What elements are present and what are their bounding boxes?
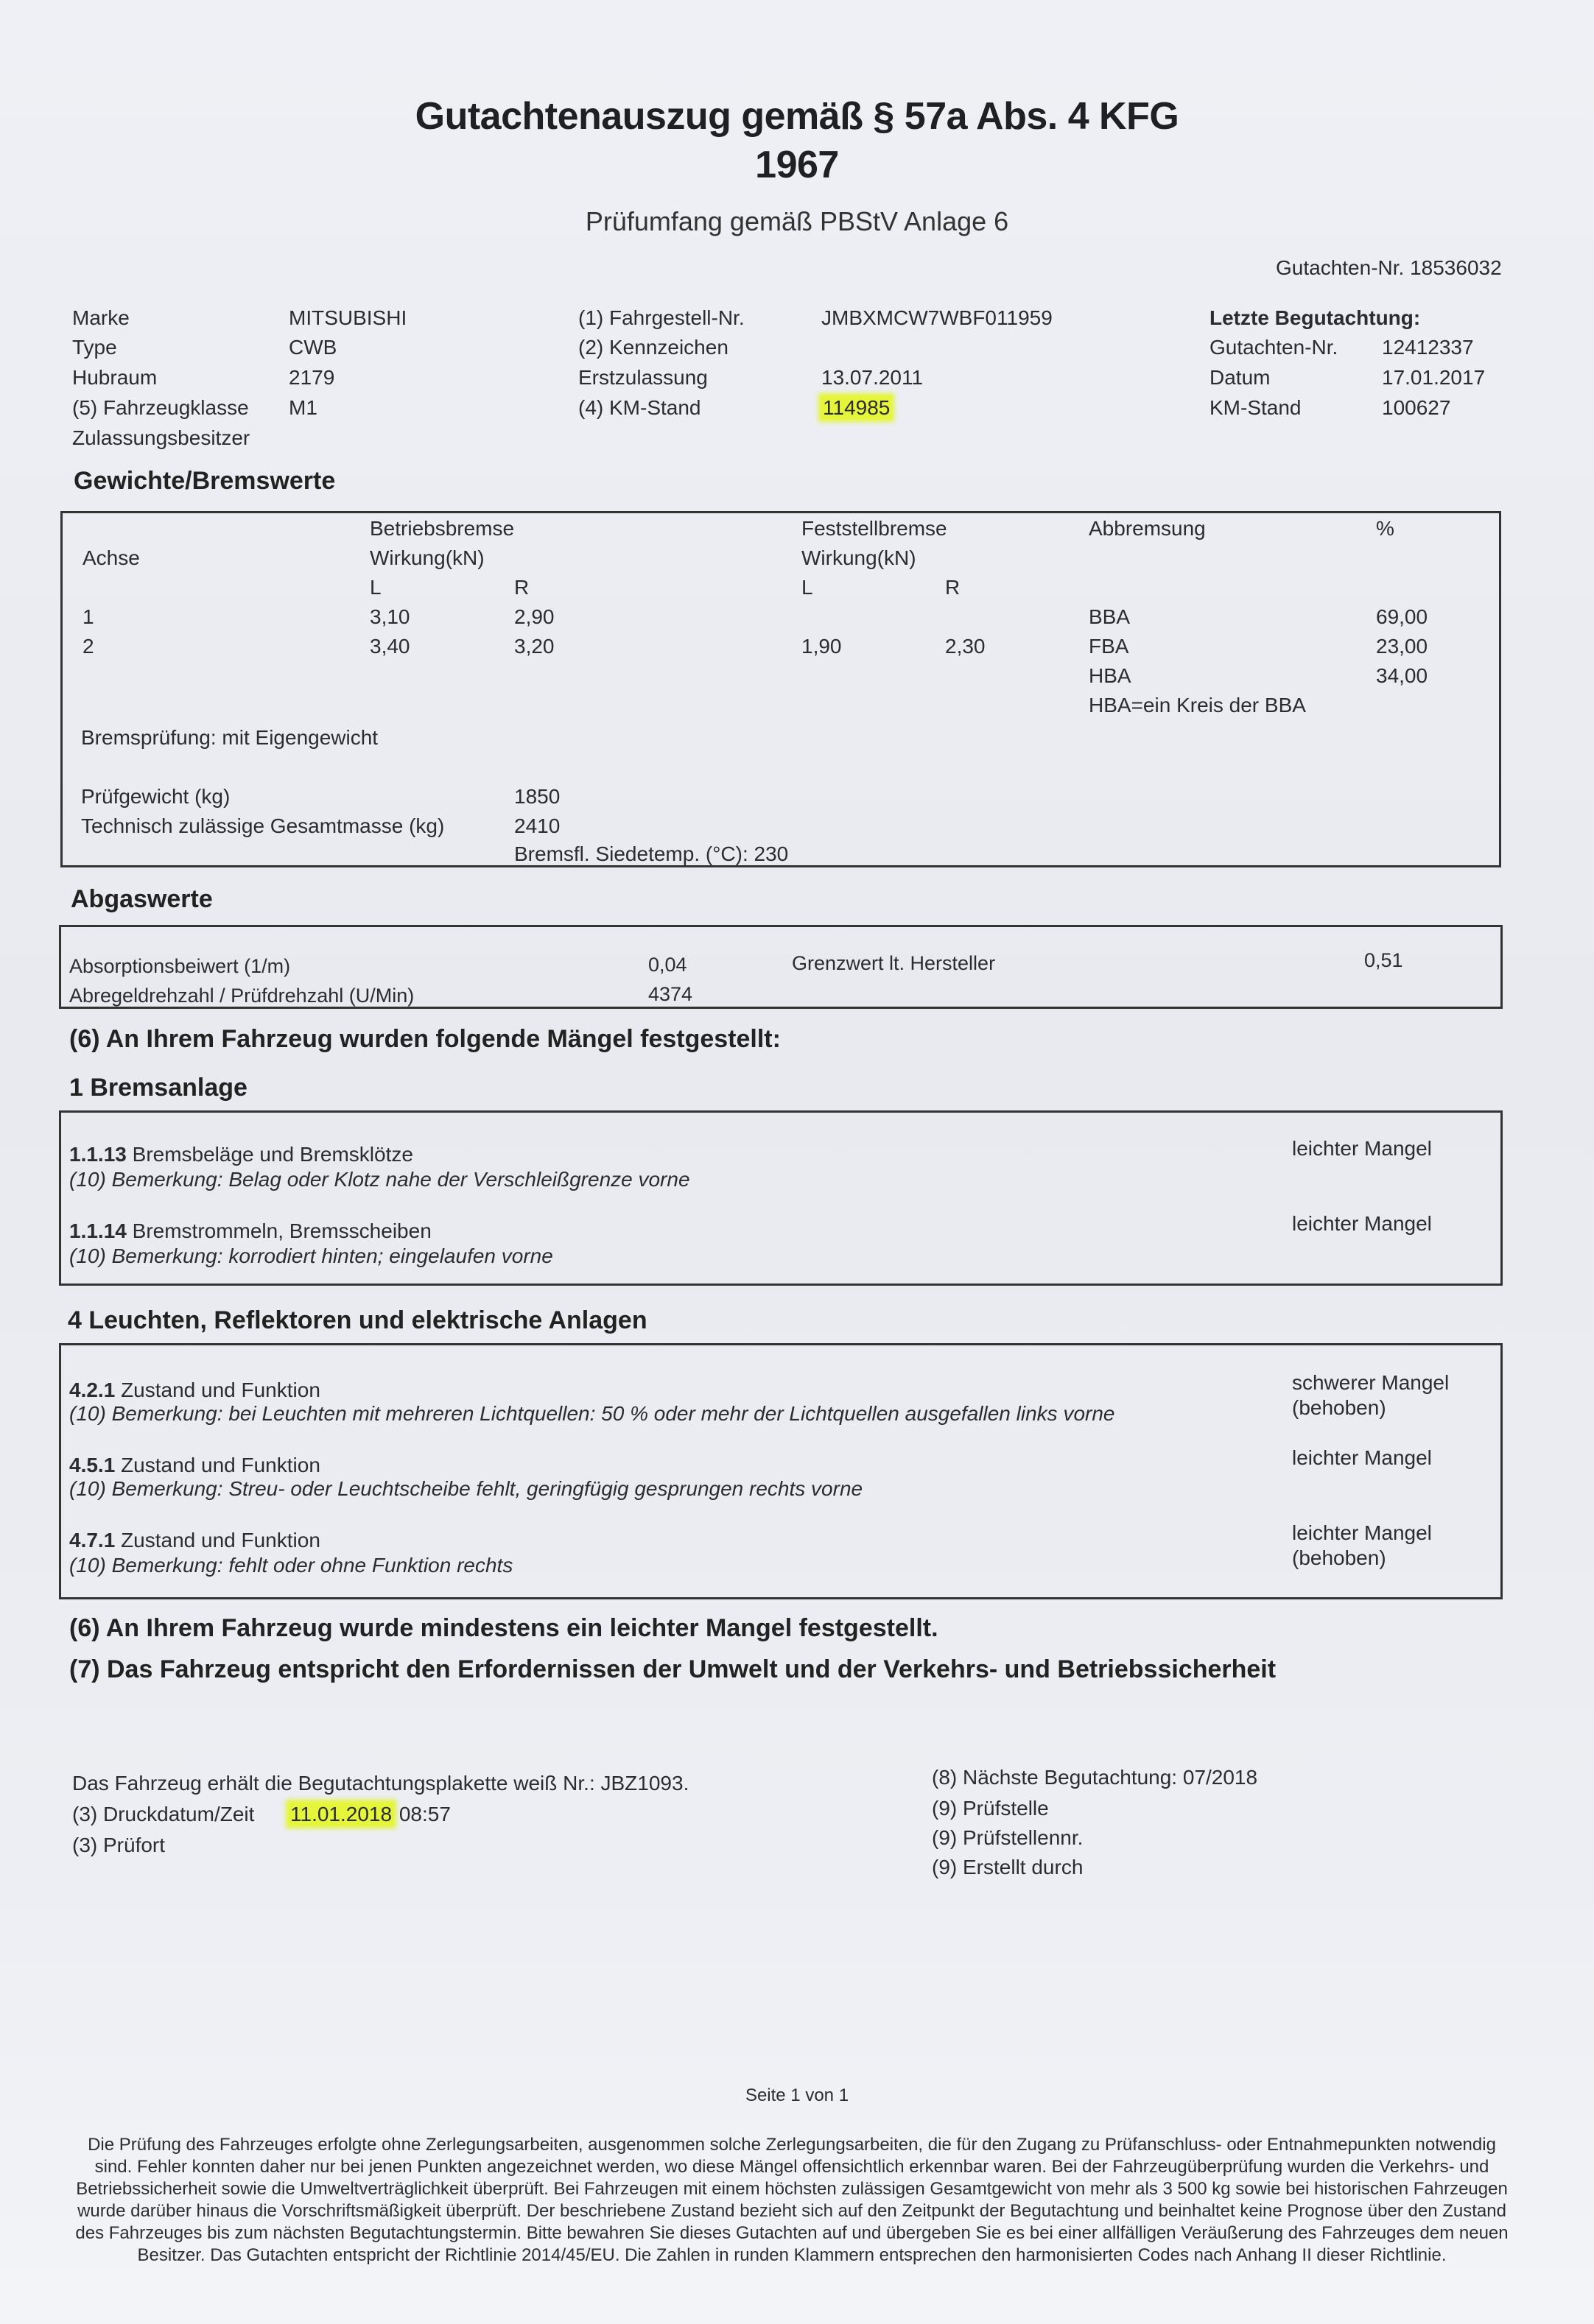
value-grenzwert: 0,51 [1364, 947, 1403, 973]
label-kennzeichen: (2) Kennzeichen [578, 333, 728, 362]
value-fahrzeugklasse: M1 [289, 393, 317, 423]
label-grenzwert: Grenzwert lt. Hersteller [792, 950, 995, 976]
value-hubraum: 2179 [289, 363, 334, 392]
defect-item-5-status: (behoben) [1292, 1543, 1386, 1573]
value-drehzahl: 4374 [648, 981, 692, 1007]
axle-row-1-achse: 1 [82, 602, 94, 632]
defect-item-4-remark: (10) Bemerkung: Streu- oder Leuchtscheib… [69, 1474, 863, 1504]
value-last-km: 100627 [1382, 393, 1450, 423]
label-absorption: Absorptionsbeiwert (1/m) [69, 953, 290, 979]
page-number: Seite 1 von 1 [0, 2085, 1594, 2106]
result-line-7: (7) Das Fahrzeug entspricht den Erforder… [69, 1655, 1276, 1684]
label-km-stand: (4) KM-Stand [578, 393, 701, 423]
label-type: Type [72, 333, 117, 362]
col-fb-wirkung: Wirkung(kN) [801, 543, 916, 573]
naechste-begutachtung: (8) Nächste Begutachtung: 07/2018 [932, 1763, 1257, 1792]
value-fahrgestell: JMBXMCW7WBF011959 [821, 303, 1053, 333]
value-type: CWB [289, 333, 337, 362]
disclaimer: Die Prüfung des Fahrzeuges erfolgte ohne… [70, 2134, 1514, 2267]
label-pruefstellennr: (9) Prüfstellennr. [932, 1823, 1083, 1853]
defect-item-5-code: 4.7.1 [69, 1529, 115, 1552]
label-erstellt-durch: (9) Erstellt durch [932, 1853, 1083, 1882]
defect-group-2-title: 4 Leuchten, Reflektoren und elektrische … [68, 1306, 647, 1335]
axle-row-2-fb-l: 1,90 [801, 632, 842, 661]
document-page: Gutachtenauszug gemäß § 57a Abs. 4 KFG 1… [0, 0, 1594, 2324]
axle-row-2-bb-l: 3,40 [370, 632, 410, 661]
label-druckdatum: (3) Druckdatum/Zeit [72, 1800, 254, 1829]
brakes-heading: Gewichte/Bremswerte [74, 467, 335, 496]
label-fahrgestell: (1) Fahrgestell-Nr. [578, 303, 745, 333]
defect-item-1-severity: leichter Mangel [1292, 1134, 1432, 1163]
highlighted-druckdatum: 11.01.2018 [289, 1803, 393, 1825]
defect-item-2-remark: (10) Bemerkung: korrodiert hinten; einge… [69, 1242, 553, 1271]
result-line-6: (6) An Ihrem Fahrzeug wurde mindestens e… [69, 1614, 938, 1643]
document-title-year: 1967 [0, 143, 1594, 187]
axle-row-2-bb-r: 3,20 [514, 632, 555, 661]
abbremsung-bba-value: 69,00 [1376, 602, 1428, 632]
col-betriebsbremse: Betriebsbremse [370, 514, 514, 543]
last-inspection-heading: Letzte Begutachtung: [1209, 303, 1420, 333]
value-last-datum: 17.01.2017 [1382, 363, 1485, 392]
label-last-datum: Datum [1209, 363, 1270, 392]
defect-item-1-code: 1.1.13 [69, 1143, 127, 1166]
axle-row-1-bb-r: 2,90 [514, 602, 555, 632]
label-fahrzeugklasse: (5) Fahrzeugklasse [72, 393, 249, 423]
label-hubraum: Hubraum [72, 363, 157, 392]
abbremsung-fba-value: 23,00 [1376, 632, 1428, 661]
label-marke: Marke [72, 303, 130, 333]
defect-item-1-name: Bremsbeläge und Bremsklötze [133, 1143, 413, 1166]
axle-row-1-bb-l: 3,10 [370, 602, 410, 632]
label-last-nr: Gutachten-Nr. [1209, 333, 1338, 362]
exhaust-heading: Abgaswerte [71, 885, 213, 914]
defect-item-2-severity: leichter Mangel [1292, 1209, 1432, 1239]
label-last-km: KM-Stand [1209, 393, 1302, 423]
defect-item-2-name: Bremstrommeln, Bremsscheiben [133, 1219, 432, 1242]
abbremsung-bba-label: BBA [1089, 602, 1130, 632]
value-pruefgewicht: 1850 [514, 782, 560, 811]
value-erstzulassung: 13.07.2011 [821, 363, 923, 392]
defect-item-3-code: 4.2.1 [69, 1378, 115, 1401]
col-percent: % [1376, 514, 1394, 543]
defect-item-4-code: 4.5.1 [69, 1454, 115, 1476]
col-abbremsung: Abbremsung [1089, 514, 1206, 543]
defect-item-3-name: Zustand und Funktion [121, 1378, 320, 1401]
druck-time: 08:57 [399, 1803, 451, 1825]
value-absorption: 0,04 [648, 951, 687, 978]
defect-item-1-remark: (10) Bemerkung: Belag oder Klotz nahe de… [69, 1165, 690, 1194]
col-achse: Achse [82, 543, 140, 573]
bremspruefung: Bremsprüfung: mit Eigengewicht [81, 723, 378, 753]
siedetemperatur: Bremsfl. Siedetemp. (°C): 230 [514, 839, 788, 869]
document-title: Gutachtenauszug gemäß § 57a Abs. 4 KFG [0, 94, 1594, 138]
defect-group-1-title: 1 Bremsanlage [69, 1074, 247, 1102]
defect-item-2-code: 1.1.14 [69, 1219, 127, 1242]
defect-item-5-name: Zustand und Funktion [121, 1529, 320, 1552]
value-marke: MITSUBISHI [289, 303, 407, 333]
value-gesamtmasse: 2410 [514, 811, 560, 841]
label-gesamtmasse: Technisch zulässige Gesamtmasse (kg) [81, 811, 444, 841]
col-fb-l: L [801, 573, 813, 602]
label-pruefstelle: (9) Prüfstelle [932, 1794, 1049, 1823]
document-subtitle: Prüfumfang gemäß PBStV Anlage 6 [0, 206, 1594, 237]
col-feststellbremse: Feststellbremse [801, 514, 947, 543]
defect-item-5-remark: (10) Bemerkung: fehlt oder ohne Funktion… [69, 1551, 513, 1580]
label-erstzulassung: Erstzulassung [578, 363, 708, 392]
col-bb-l: L [370, 573, 382, 602]
defect-item-3-remark: (10) Bemerkung: bei Leuchten mit mehrere… [69, 1399, 1114, 1429]
defect-item-3-status: (behoben) [1292, 1393, 1386, 1423]
gutachten-number-label: Gutachten-Nr. [1276, 256, 1404, 279]
hba-note: HBA=ein Kreis der BBA [1089, 691, 1306, 720]
defects-heading: (6) An Ihrem Fahrzeug wurden folgende Mä… [69, 1025, 781, 1054]
axle-row-2-achse: 2 [82, 632, 94, 661]
label-drehzahl: Abregeldrehzahl / Prüfdrehzahl (U/Min) [69, 982, 414, 1009]
label-zulassungsbesitzer: Zulassungsbesitzer [72, 423, 250, 453]
label-pruefgewicht: Prüfgewicht (kg) [81, 782, 230, 811]
abbremsung-hba-label: HBA [1089, 661, 1131, 691]
axle-row-2-fb-r: 2,30 [945, 632, 986, 661]
col-bb-wirkung: Wirkung(kN) [370, 543, 485, 573]
value-last-nr: 12412337 [1382, 333, 1474, 362]
label-pruefort: (3) Prüfort [72, 1831, 165, 1860]
abbremsung-fba-label: FBA [1089, 632, 1128, 661]
abbremsung-hba-value: 34,00 [1376, 661, 1428, 691]
gutachten-number: Gutachten-Nr. 18536032 [1276, 253, 1502, 283]
gutachten-number-value: 18536032 [1410, 256, 1502, 279]
defect-item-4-name: Zustand und Funktion [121, 1454, 320, 1476]
col-bb-r: R [514, 573, 529, 602]
value-druckdatum: 11.01.2018 08:57 [289, 1800, 451, 1829]
plakette-text: Das Fahrzeug erhält die Begutachtungspla… [72, 1769, 689, 1798]
value-km-stand: 114985 [821, 393, 891, 423]
highlighted-km-stand: 114985 [821, 396, 891, 419]
defect-item-4-severity: leichter Mangel [1292, 1443, 1432, 1473]
col-fb-r: R [945, 573, 960, 602]
